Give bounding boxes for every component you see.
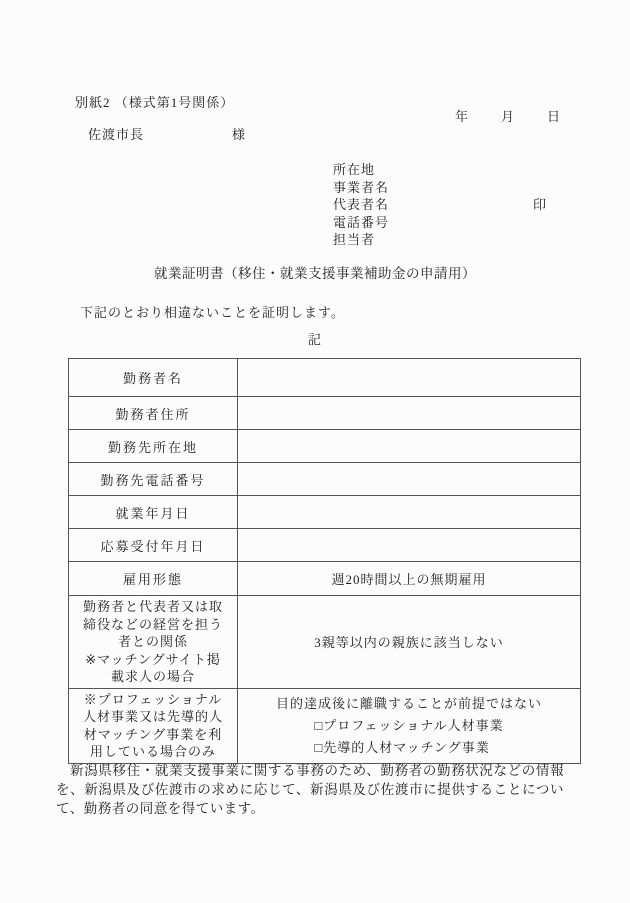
seal-mark: 印	[533, 196, 547, 214]
row-label-talent-program: ※プロフェッショナル 人材事業又は先導的人 材マッチング事業を利 用している場合…	[69, 688, 238, 763]
addressee-name: 佐渡市長	[88, 124, 144, 143]
date-month-label: 月	[501, 106, 514, 125]
sender-business-name-label: 事業者名	[333, 179, 389, 197]
talent-program-statement: 目的達成後に離職することが前提ではない	[242, 693, 576, 715]
row-value-workplace-location	[238, 430, 581, 463]
checkbox-group: □プロフェッショナル人材事業 □先導的人材マッチング事業	[314, 715, 503, 759]
document-title: 就業証明書（移住・就業支援事業補助金の申請用）	[0, 262, 630, 282]
row-value-employment-type: 週20時間以上の無期雇用	[238, 562, 581, 596]
checkbox-option-professional: □プロフェッショナル人材事業	[314, 715, 503, 737]
checkbox-label: 先導的人材マッチング事業	[323, 740, 490, 755]
attachment-label: 別紙2 （様式第1号関係）	[75, 92, 234, 111]
row-label-worker-address: 勤務者住所	[69, 397, 238, 430]
date-year-label: 年	[455, 106, 468, 125]
row-value-worker-address	[238, 397, 581, 430]
employment-certificate-table: 勤務者名 勤務者住所 勤務先所在地 勤務先電話番号 就業年月日 応募受付年月日	[68, 358, 581, 764]
table-row: 応募受付年月日	[69, 529, 581, 562]
addressee-honorific: 様	[232, 124, 246, 143]
certify-statement: 下記のとおり相違ないことを証明します。	[80, 302, 345, 321]
sender-location-label: 所在地	[333, 161, 389, 179]
row-value-application-date	[238, 529, 581, 562]
sender-contact-label: 担当者	[333, 231, 389, 249]
row-label-employment-type: 雇用形態	[69, 562, 238, 596]
row-label-relationship: 勤務者と代表者又は取 締役などの経営を担う 者との関係 ※マッチングサイト掲 載…	[69, 596, 238, 689]
sender-phone-label: 電話番号	[333, 214, 389, 232]
consent-note: 新潟県移住・就業支援事業に関する事務のため、勤務者の勤務状況などの情報を、新潟県…	[56, 761, 564, 818]
ki-marker: 記	[0, 329, 630, 348]
checkbox-icon: □	[314, 718, 323, 733]
row-value-worker-name	[238, 359, 581, 397]
row-value-workplace-phone	[238, 463, 581, 496]
sender-representative-line: 代表者名 印	[333, 196, 389, 214]
table-row: 勤務者名	[69, 359, 581, 397]
row-label-application-date: 応募受付年月日	[69, 529, 238, 562]
table-row: 勤務者と代表者又は取 締役などの経営を担う 者との関係 ※マッチングサイト掲 載…	[69, 596, 581, 689]
addressee-line: 佐渡市長 様	[88, 124, 246, 143]
row-label-worker-name: 勤務者名	[69, 359, 238, 397]
table-row: 勤務先所在地	[69, 430, 581, 463]
table-row: 就業年月日	[69, 496, 581, 529]
row-value-employment-date	[238, 496, 581, 529]
table-row: 勤務者住所	[69, 397, 581, 430]
row-label-workplace-phone: 勤務先電話番号	[69, 463, 238, 496]
table-row: 雇用形態 週20時間以上の無期雇用	[69, 562, 581, 596]
checkbox-option-pioneering: □先導的人材マッチング事業	[314, 737, 503, 759]
checkbox-label: プロフェッショナル人材事業	[323, 718, 503, 733]
sender-representative-label: 代表者名	[333, 197, 389, 212]
row-label-employment-date: 就業年月日	[69, 496, 238, 529]
date-line: 年 月 日	[455, 106, 560, 125]
table-row: 勤務先電話番号	[69, 463, 581, 496]
sender-block: 所在地 事業者名 代表者名 印 電話番号 担当者	[333, 161, 389, 249]
document-page: 別紙2 （様式第1号関係） 年 月 日 佐渡市長 様 所在地 事業者名 代表者名…	[0, 0, 630, 903]
date-day-label: 日	[547, 106, 560, 125]
checkbox-icon: □	[314, 740, 323, 755]
row-value-relationship: 3親等以内の親族に該当しない	[238, 596, 581, 689]
table-row: ※プロフェッショナル 人材事業又は先導的人 材マッチング事業を利 用している場合…	[69, 688, 581, 763]
row-label-workplace-location: 勤務先所在地	[69, 430, 238, 463]
row-value-talent-program: 目的達成後に離職することが前提ではない □プロフェッショナル人材事業 □先導的人…	[238, 688, 581, 763]
